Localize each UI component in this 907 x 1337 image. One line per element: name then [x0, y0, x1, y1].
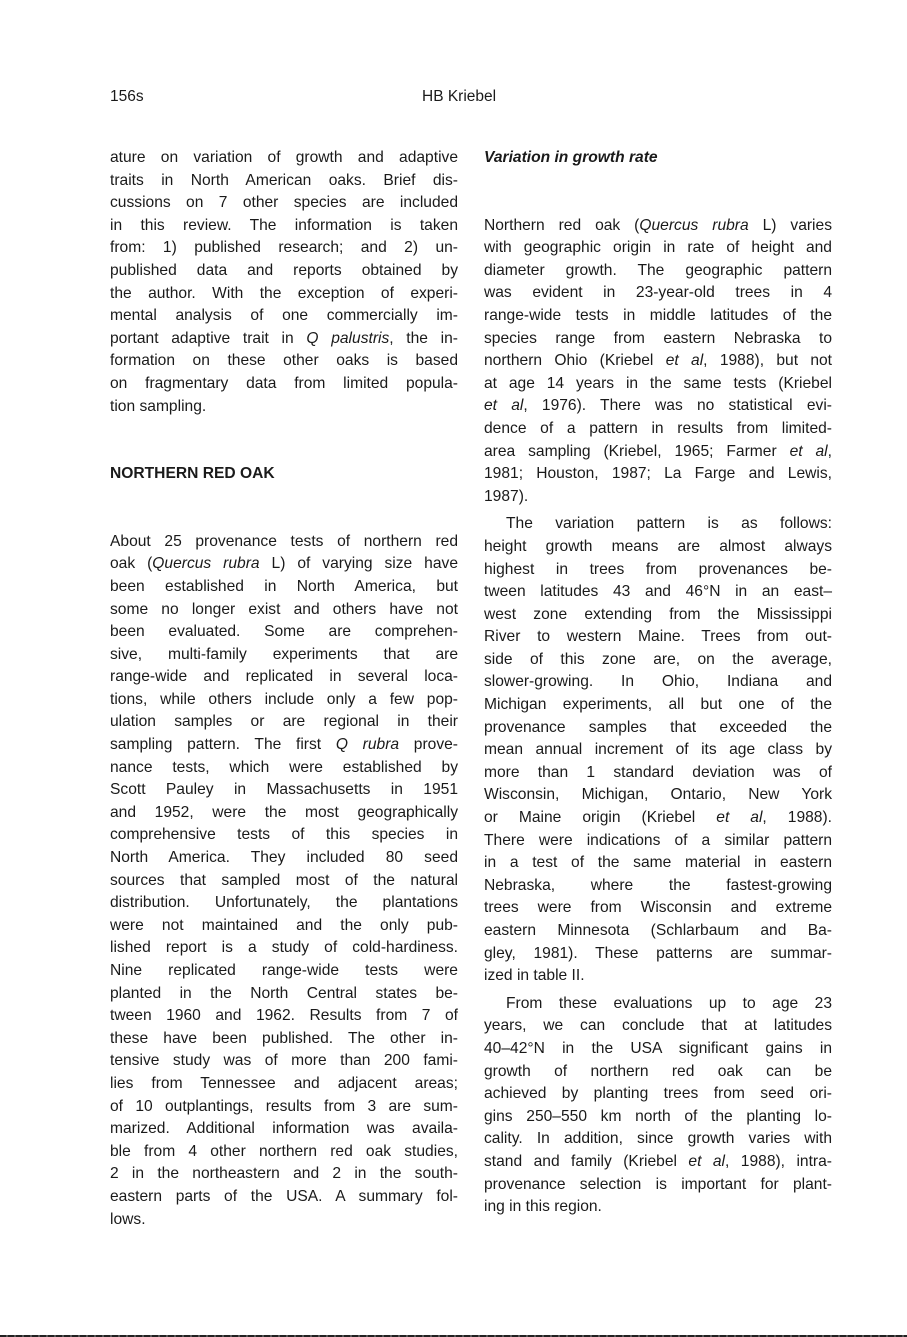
text-span: tions, while others include only a few p… [110, 691, 458, 708]
text-span: slower-growing. In Ohio, Indiana and [484, 673, 832, 690]
text-line: ing in this region. [484, 1196, 832, 1219]
text-span: species range from eastern Nebraska to [484, 330, 832, 347]
text-span: Michigan experiments, all but one of the [484, 696, 832, 713]
text-line: 1981; Houston, 1987; La Farge and Lewis, [484, 463, 832, 486]
text-line: years, we can conclude that at latitudes [484, 1015, 832, 1038]
text-span: traits in North American oaks. Brief dis… [110, 172, 458, 189]
text-line: eastern Minnesota (Schlarbaum and Ba- [484, 920, 832, 943]
text-line: oak (Quercus rubra L) of varying size ha… [110, 553, 458, 576]
italic-text: Quercus rubra [639, 217, 748, 234]
text-line: area sampling (Kriebel, 1965; Farmer et … [484, 441, 832, 464]
text-line: Michigan experiments, all but one of the [484, 694, 832, 717]
text-span: cussions on 7 other species are included [110, 194, 458, 211]
text-span: 1987). [484, 488, 528, 505]
text-span: mean annual increment of its age class b… [484, 741, 832, 758]
text-line: cussions on 7 other species are included [110, 192, 458, 215]
italic-text: et al [790, 443, 828, 460]
text-line: from: 1) published research; and 2) un- [110, 237, 458, 260]
text-line: distribution. Unfortunately, the plantat… [110, 892, 458, 915]
text-span: 2 in the northeastern and 2 in the south… [110, 1165, 458, 1182]
text-span: , 1988), but not [703, 352, 832, 369]
italic-text: et al [716, 809, 762, 826]
paragraph-2: The variation pattern is as follows:heig… [484, 513, 832, 987]
text-line: mean annual increment of its age class b… [484, 739, 832, 762]
text-line: tion sampling. [110, 396, 458, 419]
text-line: more than 1 standard deviation was of [484, 762, 832, 785]
text-line: was evident in 23-year-old trees in 4 [484, 282, 832, 305]
text-line: formation on these other oaks is based [110, 350, 458, 373]
text-span: on fragmentary data from limited popula- [110, 375, 458, 392]
text-line: There were indications of a similar patt… [484, 830, 832, 853]
text-span: some no longer exist and others have not [110, 601, 458, 618]
text-span: Wisconsin, Michigan, Ontario, New York [484, 786, 832, 803]
text-line: diameter growth. The geographic pattern [484, 260, 832, 283]
text-line: side of this zone are, on the average, [484, 649, 832, 672]
text-span: comprehensive tests of this species in [110, 826, 458, 843]
text-line: cality. In addition, since growth varies… [484, 1128, 832, 1151]
spacer [110, 486, 458, 531]
text-span: west zone extending from the Mississippi [484, 606, 832, 623]
text-line: sources that sampled most of the natural [110, 870, 458, 893]
running-head-author: HB Kriebel [422, 88, 496, 106]
text-span: from: 1) published research; and 2) un- [110, 239, 458, 256]
text-line: 40–42°N in the USA significant gains in [484, 1038, 832, 1061]
text-line: published data and reports obtained by [110, 260, 458, 283]
right-column: Variation in growth rate Northern red oa… [484, 147, 832, 1219]
text-span: distribution. Unfortunately, the plantat… [110, 894, 458, 911]
spacer [110, 418, 458, 463]
text-line: height growth means are almost always [484, 536, 832, 559]
text-span: There were indications of a similar patt… [484, 832, 832, 849]
text-span: northern Ohio (Kriebel [484, 352, 666, 369]
text-span: planted in the North Central states be- [110, 985, 458, 1002]
text-span: been established in North America, but [110, 578, 458, 595]
text-span: these have been published. The other in- [110, 1030, 458, 1047]
text-span: at age 14 years in the same tests (Krieb… [484, 375, 832, 392]
text-span: dence of a pattern in results from limit… [484, 420, 832, 437]
text-span: River to western Maine. Trees from out- [484, 628, 832, 645]
text-span: 1981; Houston, 1987; La Farge and Lewis, [484, 465, 832, 482]
text-span: sources that sampled most of the natural [110, 872, 458, 889]
text-span: L) varies [749, 217, 832, 234]
text-span: About 25 provenance tests of northern re… [110, 533, 458, 550]
text-line: in a test of the same material in easter… [484, 852, 832, 875]
text-line: some no longer exist and others have not [110, 599, 458, 622]
text-line: species range from eastern Nebraska to [484, 328, 832, 351]
text-line: northern Ohio (Kriebel et al, 1988), but… [484, 350, 832, 373]
text-line: The variation pattern is as follows: [484, 513, 832, 536]
text-line: dence of a pattern in results from limit… [484, 418, 832, 441]
text-line: nance tests, which were established by [110, 757, 458, 780]
text-span: side of this zone are, on the average, [484, 651, 832, 668]
text-line: highest in trees from provenances be- [484, 559, 832, 582]
text-line: mental analysis of one commercially im- [110, 305, 458, 328]
text-span: ble from 4 other northern red oak studie… [110, 1143, 458, 1160]
text-line: tween latitudes 43 and 46°N in an east– [484, 581, 832, 604]
section-heading: NORTHERN RED OAK [110, 463, 458, 486]
text-line: ature on variation of growth and adaptiv… [110, 147, 458, 170]
text-line: been evaluated. Some are comprehen- [110, 621, 458, 644]
text-span: Nine replicated range-wide tests were [110, 962, 458, 979]
text-line: traits in North American oaks. Brief dis… [110, 170, 458, 193]
text-span: mental analysis of one commercially im- [110, 307, 458, 324]
text-span: achieved by planting trees from seed ori… [484, 1085, 832, 1102]
text-line: provenance selection is important for pl… [484, 1174, 832, 1197]
text-span: more than 1 standard deviation was of [484, 764, 832, 781]
text-span: Northern red oak ( [484, 217, 639, 234]
text-span: ulation samples or are regional in their [110, 713, 458, 730]
text-span: height growth means are almost always [484, 538, 832, 555]
text-line: lows. [110, 1209, 458, 1232]
text-span: , 1988). [762, 809, 832, 826]
text-span: prove- [399, 736, 458, 753]
intro-paragraph: ature on variation of growth and adaptiv… [110, 147, 458, 418]
text-line: tween 1960 and 1962. Results from 7 of [110, 1005, 458, 1028]
text-line: achieved by planting trees from seed ori… [484, 1083, 832, 1106]
text-span: , 1976). There was no statistical evi- [523, 397, 832, 414]
text-line: About 25 provenance tests of northern re… [110, 531, 458, 554]
text-line: Northern red oak (Quercus rubra L) varie… [484, 215, 832, 238]
text-span: sampling pattern. The first [110, 736, 336, 753]
italic-text: Q rubra [336, 736, 399, 753]
text-span: with geographic origin in rate of height… [484, 239, 832, 256]
text-line: Wisconsin, Michigan, Ontario, New York [484, 784, 832, 807]
text-span: eastern Minnesota (Schlarbaum and Ba- [484, 922, 832, 939]
text-span: cality. In addition, since growth varies… [484, 1130, 832, 1147]
text-span: Scott Pauley in Massachusetts in 1951 [110, 781, 458, 798]
text-line: From these evaluations up to age 23 [484, 993, 832, 1016]
left-column: ature on variation of growth and adaptiv… [110, 147, 458, 1231]
text-line: ble from 4 other northern red oak studie… [110, 1141, 458, 1164]
text-line: et al, 1976). There was no statistical e… [484, 395, 832, 418]
text-span: , the in- [389, 330, 458, 347]
text-span: were not maintained and the only pub- [110, 917, 458, 934]
text-line: lished report is a study of cold-hardine… [110, 937, 458, 960]
italic-text: Quercus rubra [152, 555, 259, 572]
text-span: tion sampling. [110, 398, 206, 415]
text-line: stand and family (Kriebel et al, 1988), … [484, 1151, 832, 1174]
text-span: ature on variation of growth and adaptiv… [110, 149, 458, 166]
text-line: or Maine origin (Kriebel et al, 1988). [484, 807, 832, 830]
text-line: tensive study was of more than 200 fami- [110, 1050, 458, 1073]
italic-text: et al [688, 1153, 725, 1170]
text-span: published data and reports obtained by [110, 262, 458, 279]
text-span: growth of northern red oak can be [484, 1063, 832, 1080]
text-line: west zone extending from the Mississippi [484, 604, 832, 627]
text-line: Scott Pauley in Massachusetts in 1951 [110, 779, 458, 802]
text-span: portant adaptive trait in [110, 330, 306, 347]
text-span: or Maine origin (Kriebel [484, 809, 716, 826]
text-line: ized in table II. [484, 965, 832, 988]
text-span: of 10 outplantings, results from 3 are s… [110, 1098, 458, 1115]
text-line: planted in the North Central states be- [110, 983, 458, 1006]
text-line: ulation samples or are regional in their [110, 711, 458, 734]
italic-text: et al [484, 397, 523, 414]
text-line: tions, while others include only a few p… [110, 689, 458, 712]
text-line: trees were from Wisconsin and extreme [484, 897, 832, 920]
text-span: North America. They included 80 seed [110, 849, 458, 866]
text-line: the author. With the exception of experi… [110, 283, 458, 306]
text-span: was evident in 23-year-old trees in 4 [484, 284, 832, 301]
text-span: lows. [110, 1211, 146, 1228]
text-span: gley, 1981). These patterns are summar- [484, 945, 832, 962]
text-span: , [828, 443, 832, 460]
text-span: the author. With the exception of experi… [110, 285, 458, 302]
text-span: provenance selection is important for pl… [484, 1176, 832, 1193]
text-span: diameter growth. The geographic pattern [484, 262, 832, 279]
paragraph-1: Northern red oak (Quercus rubra L) varie… [484, 215, 832, 509]
text-span: in a test of the same material in easter… [484, 854, 832, 871]
text-span: trees were from Wisconsin and extreme [484, 899, 832, 916]
text-span: formation on these other oaks is based [110, 352, 458, 369]
text-line: eastern parts of the USA. A summary fol- [110, 1186, 458, 1209]
text-line: range-wide and replicated in several loc… [110, 666, 458, 689]
text-line: lies from Tennessee and adjacent areas; [110, 1073, 458, 1096]
text-line: 1987). [484, 486, 832, 509]
text-span: L) of varying size have [260, 555, 458, 572]
text-line: on fragmentary data from limited popula- [110, 373, 458, 396]
text-span: area sampling (Kriebel, 1965; Farmer [484, 443, 790, 460]
text-span: lies from Tennessee and adjacent areas; [110, 1075, 458, 1092]
text-span: gins 250–550 km north of the planting lo… [484, 1108, 832, 1125]
text-span: tensive study was of more than 200 fami- [110, 1052, 458, 1069]
text-line: marized. Additional information was avai… [110, 1118, 458, 1141]
paragraph-3: From these evaluations up to age 23years… [484, 993, 832, 1219]
text-span: in this review. The information is taken [110, 217, 458, 234]
text-span: eastern parts of the USA. A summary fol- [110, 1188, 458, 1205]
text-span: tween latitudes 43 and 46°N in an east– [484, 583, 832, 600]
text-span: and 1952, were the most geographically [110, 804, 458, 821]
text-span: From these evaluations up to age 23 [506, 995, 832, 1012]
text-line: River to western Maine. Trees from out- [484, 626, 832, 649]
text-span: highest in trees from provenances be- [484, 561, 832, 578]
text-line: gins 250–550 km north of the planting lo… [484, 1106, 832, 1129]
text-line: slower-growing. In Ohio, Indiana and [484, 671, 832, 694]
text-line: were not maintained and the only pub- [110, 915, 458, 938]
text-line: with geographic origin in rate of height… [484, 237, 832, 260]
text-span: range-wide and replicated in several loc… [110, 668, 458, 685]
text-span: marized. Additional information was avai… [110, 1120, 458, 1137]
text-line: growth of northern red oak can be [484, 1061, 832, 1084]
text-line: gley, 1981). These patterns are summar- [484, 943, 832, 966]
text-line: of 10 outplantings, results from 3 are s… [110, 1096, 458, 1119]
text-line: these have been published. The other in- [110, 1028, 458, 1051]
text-span: oak ( [110, 555, 152, 572]
text-span: tween 1960 and 1962. Results from 7 of [110, 1007, 458, 1024]
text-line: in this review. The information is taken [110, 215, 458, 238]
text-line: comprehensive tests of this species in [110, 824, 458, 847]
italic-text: Q palustris [306, 330, 389, 347]
text-span: ized in table II. [484, 967, 585, 984]
text-span: years, we can conclude that at latitudes [484, 1017, 832, 1034]
text-span: 40–42°N in the USA significant gains in [484, 1040, 832, 1057]
text-span: sive, multi-family experiments that are [110, 646, 458, 663]
text-span: lished report is a study of cold-hardine… [110, 939, 458, 956]
section-paragraph: About 25 provenance tests of northern re… [110, 531, 458, 1231]
text-span: , 1988), intra- [725, 1153, 832, 1170]
text-line: North America. They included 80 seed [110, 847, 458, 870]
text-span: nance tests, which were established by [110, 759, 458, 776]
text-span: Nebraska, where the fastest-growing [484, 877, 832, 894]
text-line: Nebraska, where the fastest-growing [484, 875, 832, 898]
text-line: 2 in the northeastern and 2 in the south… [110, 1163, 458, 1186]
text-span: ing in this region. [484, 1198, 602, 1215]
spacer [484, 170, 832, 215]
text-span: The variation pattern is as follows: [506, 515, 832, 532]
text-line: Nine replicated range-wide tests were [110, 960, 458, 983]
text-line: provenance samples that exceeded the [484, 717, 832, 740]
text-span: stand and family (Kriebel [484, 1153, 688, 1170]
text-line: been established in North America, but [110, 576, 458, 599]
text-line: sive, multi-family experiments that are [110, 644, 458, 667]
text-span: range-wide tests in middle latitudes of … [484, 307, 832, 324]
text-line: portant adaptive trait in Q palustris, t… [110, 328, 458, 351]
text-line: sampling pattern. The first Q rubra prov… [110, 734, 458, 757]
text-span: provenance samples that exceeded the [484, 719, 832, 736]
text-line: and 1952, were the most geographically [110, 802, 458, 825]
text-line: at age 14 years in the same tests (Krieb… [484, 373, 832, 396]
text-span: been evaluated. Some are comprehen- [110, 623, 458, 640]
text-line: range-wide tests in middle latitudes of … [484, 305, 832, 328]
page-number: 156s [110, 88, 144, 106]
subsection-heading: Variation in growth rate [484, 147, 832, 170]
italic-text: et al [666, 352, 703, 369]
